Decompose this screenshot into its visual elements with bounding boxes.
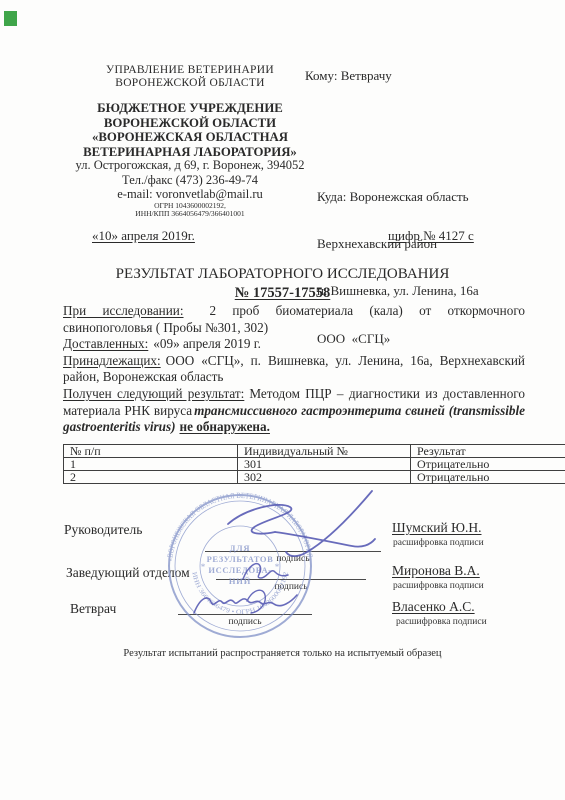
paragraph-investigated: При исследовании:2 проб биоматериала (ка… [63,303,525,336]
cell-result: Отрицательно [411,458,565,471]
result-conclusion: не обнаружена. [179,419,269,434]
signature-line [216,579,366,580]
signature-stroke-director [228,505,291,534]
signature-name-veterinarian: Власенко А.С. [392,599,475,615]
organization-line-4: ВЕТЕРИНАРНАЯ ЛАБОРАТОРИЯ» [50,145,330,160]
signature-name-director: Шумский Ю.Н. [392,520,481,536]
table-row: 1 301 Отрицательно [64,458,565,471]
signature-name-head-of-department: Миронова В.А. [392,563,480,579]
cell-num: 1 [64,458,238,471]
cell-individual: 302 [238,471,411,484]
document-title: РЕЗУЛЬТАТ ЛАБОРАТОРНОГО ИССЛЕДОВАНИЯ [0,266,565,283]
inn-kpp-line: ИНН/КПП 3664056479/366401001 [40,210,340,219]
department-line-2: ВОРОНЕЖСКОЙ ОБЛАСТИ [60,77,320,90]
signature-stroke-director [275,532,375,547]
document-page: УПРАВЛЕНИЕ ВЕТЕРИНАРИИ ВОРОНЕЖСКОЙ ОБЛАС… [0,0,565,800]
organization-line-1: БЮДЖЕТНОЕ УЧРЕЖДЕНИЕ [50,101,330,116]
results-table: № п/п Индивидуальный № Результат 1 301 О… [63,444,565,484]
footer-disclaimer: Результат испытаний распространяется тол… [0,648,565,659]
organization-name: БЮДЖЕТНОЕ УЧРЕЖДЕНИЕ ВОРОНЕЖСКОЙ ОБЛАСТИ… [50,101,330,159]
signature-transcript-caption: расшифровка подписи [396,617,487,627]
delivered-value: «09» апреля 2019 г. [153,336,261,351]
issuing-department: УПРАВЛЕНИЕ ВЕТЕРИНАРИИ ВОРОНЕЖСКОЙ ОБЛАС… [60,64,320,90]
column-header-individual: Индивидуальный № [238,445,411,458]
signature-caption: подпись [178,617,312,627]
cell-num: 2 [64,471,238,484]
document-date: «10» апреля 2019г. [92,228,195,244]
signature-line [205,551,381,552]
paragraph-belonging: Принадлежащих:ООО «СГЦ», п. Вишневка, ул… [63,353,525,386]
cipher-number: шифр № 4127 с [388,228,474,244]
column-header-result: Результат [411,445,565,458]
result-body: При исследовании:2 проб биоматериала (ка… [63,303,525,436]
investigated-label: При исследовании: [63,303,184,318]
belonging-label: Принадлежащих: [63,353,161,368]
signature-caption: подпись [216,582,366,592]
signature-role-head-of-department: Заведующий отделом [66,565,190,581]
result-label: Получен следующий результат: [63,386,244,401]
signature-role-veterinarian: Ветврач [70,601,116,617]
stamp-center-line-3: ИССЛЕДОВА- [208,565,271,575]
email-line: e-mail: voronvetlab@mail.ru [40,187,340,202]
paragraph-delivered: Доставленных:«09» апреля 2019 г. [63,336,525,353]
delivered-label: Доставленных: [63,336,148,351]
phone-line: Тел./факс (473) 236-49-74 [40,173,340,188]
table-header-row: № п/п Индивидуальный № Результат [64,445,565,458]
department-line-1: УПРАВЛЕНИЕ ВЕТЕРИНАРИИ [60,64,320,77]
signature-stroke-veterinarian [247,590,265,613]
signature-transcript-caption: расшифровка подписи [393,538,484,548]
handwritten-signatures-ink [194,491,375,613]
signature-stroke-head-of-department [243,564,288,579]
scan-corner-mark [4,11,17,26]
signature-transcript-caption: расшифровка подписи [393,581,484,591]
table-row: 2 302 Отрицательно [64,471,565,484]
signature-line [178,614,312,615]
signature-role-director: Руководитель [64,522,142,538]
organization-contacts: ул. Острогожская, д 69, г. Воронеж, 3940… [40,158,340,219]
signature-stroke-veterinarian [194,595,297,613]
paragraph-result: Получен следующий результат:Методом ПЦР … [63,386,525,436]
signature-caption: подпись [205,554,381,564]
organization-line-2: ВОРОНЕЖСКОЙ ОБЛАСТИ [50,116,330,131]
cell-individual: 301 [238,458,411,471]
address-line: ул. Острогожская, д 69, г. Воронеж, 3940… [40,158,340,173]
column-header-num: № п/п [64,445,238,458]
recipient-line: Кому: Ветврачу [305,68,392,84]
document-number: № 17557-17558 [0,285,565,302]
signature-stroke-director [286,491,372,556]
cell-result: Отрицательно [411,471,565,484]
destination-line-1: Куда: Воронежская область [317,189,479,205]
organization-line-3: «ВОРОНЕЖСКАЯ ОБЛАСТНАЯ [50,130,330,145]
